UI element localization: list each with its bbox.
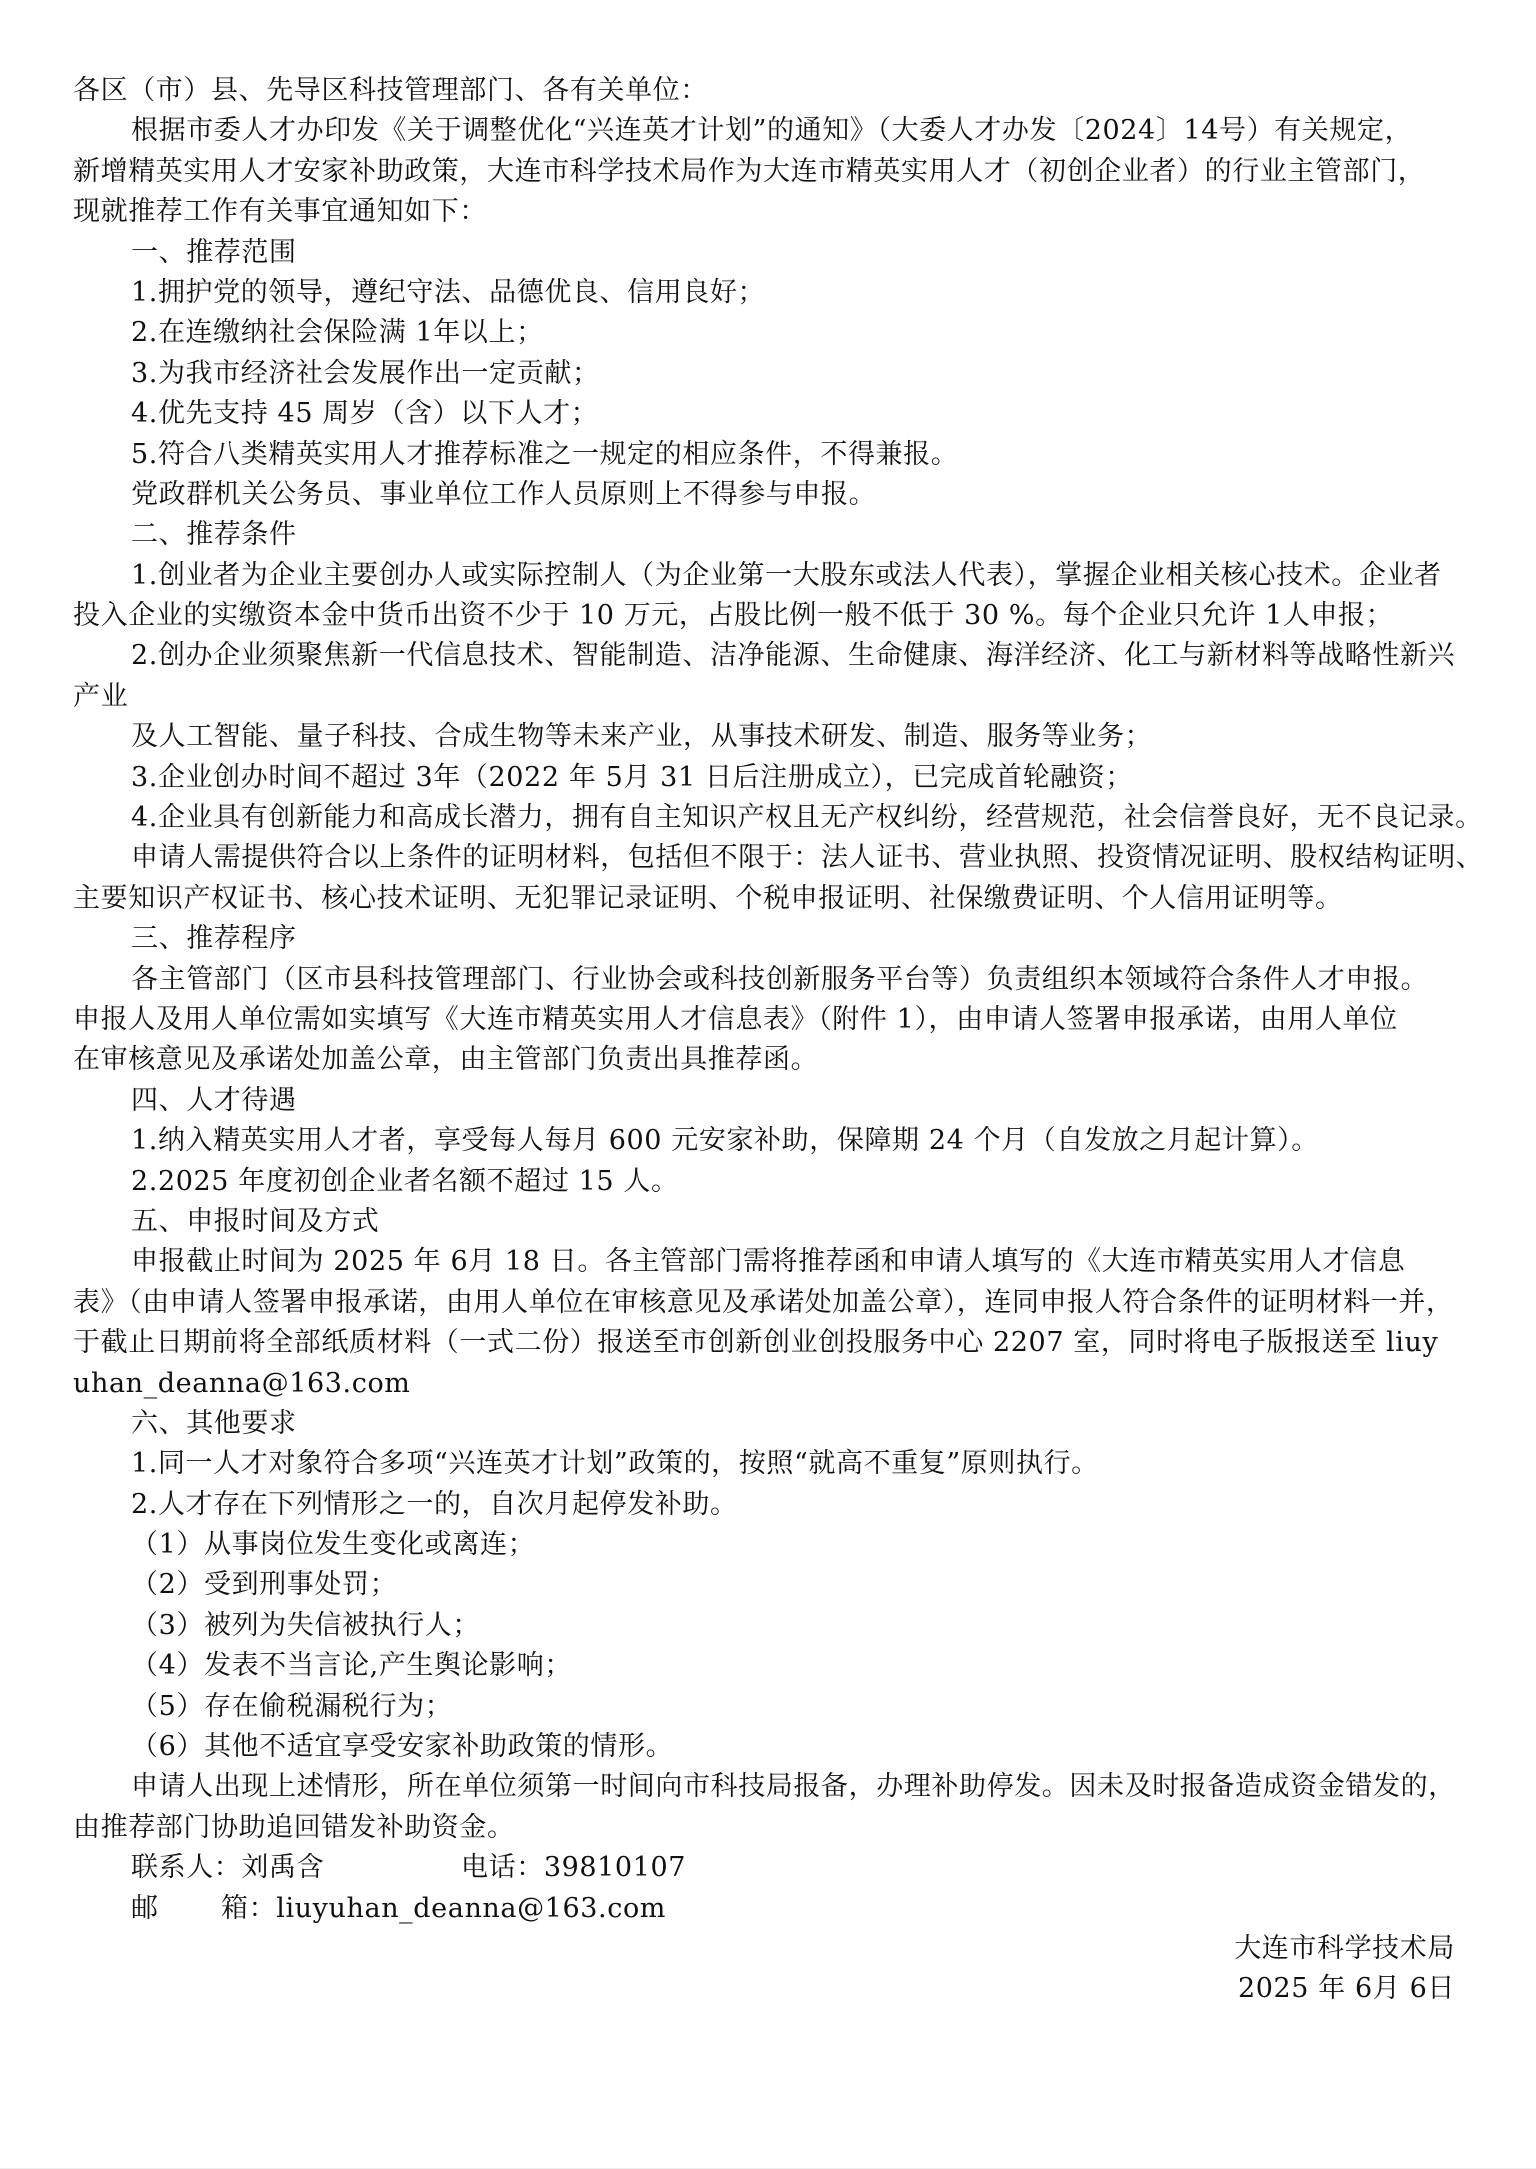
section-heading-benefits: 四、人才待遇 xyxy=(73,1081,1517,1121)
scope-note: 党政群机关公务员、事业单位工作人员原则上不得参与申报。 xyxy=(73,475,1517,515)
deadline-line: 表》（由申请人签署申报承诺，由用人单位在审核意见及承诺处加盖公章），连同申报人符… xyxy=(73,1283,1517,1323)
deadline-line: 于截止日期前将全部纸质材料（一式二份）报送至市创新创业创投服务中心 2207 室… xyxy=(73,1323,1517,1363)
contact-person-name: 刘禹含 xyxy=(241,1852,324,1883)
contact-phone-label: 电话： xyxy=(461,1852,544,1883)
salutation: 各区（市）县、先导区科技管理部门、各有关单位： xyxy=(73,71,1517,111)
section-heading-other: 六、其他要求 xyxy=(73,1404,1517,1444)
signature-date: 2025 年 6月 6日 xyxy=(73,1969,1517,2009)
scope-item: 1.拥护党的领导，遵纪守法、品德优良、信用良好； xyxy=(73,273,1517,313)
other-subitem: （5）存在偷税漏税行为； xyxy=(73,1687,1517,1727)
email-label-part2: 箱： xyxy=(221,1889,276,1929)
intro-line: 新增精英实用人才安家补助政策，大连市科学技术局作为大连市精英实用人才（初创企业者… xyxy=(73,152,1517,192)
benefit-line: 2.2025 年度初创企业者名额不超过 15 人。 xyxy=(73,1162,1517,1202)
other-line: 1.同一人才对象符合多项“兴连英才计划”政策的，按照“就高不重复”原则执行。 xyxy=(73,1444,1517,1484)
condition-line: 2.创办企业须聚焦新一代信息技术、智能制造、洁净能源、生命健康、海洋经济、化工与… xyxy=(73,636,1517,676)
other-line: 2.人才存在下列情形之一的，自次月起停发补助。 xyxy=(73,1485,1517,1525)
scope-item: 3.为我市经济社会发展作出一定贡献； xyxy=(73,354,1517,394)
signature-org: 大连市科学技术局 xyxy=(73,1929,1517,1969)
deadline-line: 申报截止时间为 2025 年 6月 18 日。各主管部门需将推荐函和申请人填写的… xyxy=(73,1242,1517,1282)
section-heading-procedure: 三、推荐程序 xyxy=(73,919,1517,959)
section-heading-conditions: 二、推荐条件 xyxy=(73,515,1517,555)
procedure-line: 在审核意见及承诺处加盖公章，由主管部门负责出具推荐函。 xyxy=(73,1040,1517,1080)
intro-line: 现就推荐工作有关事宜通知如下： xyxy=(73,192,1517,232)
condition-line: 及人工智能、量子科技、合成生物等未来产业，从事技术研发、制造、服务等业务； xyxy=(73,717,1517,757)
email-label-part1: 邮 xyxy=(131,1889,221,1929)
condition-line: 1.创业者为企业主要创办人或实际控制人（为企业第一大股东或法人代表），掌握企业相… xyxy=(73,556,1517,596)
other-subitem: （3）被列为失信被执行人； xyxy=(73,1606,1517,1646)
procedure-line: 各主管部门（区市县科技管理部门、行业协会或科技创新服务平台等）负责组织本领域符合… xyxy=(73,960,1517,1000)
contact-person: 联系人：刘禹含 xyxy=(131,1848,461,1888)
condition-line: 申请人需提供符合以上条件的证明材料，包括但不限于：法人证书、营业执照、投资情况证… xyxy=(73,838,1517,878)
other-subitem: （4）发表不当言论,产生舆论影响； xyxy=(73,1646,1517,1686)
other-subitem: （6）其他不适宜享受安家补助政策的情形。 xyxy=(73,1727,1517,1767)
condition-line: 主要知识产权证书、核心技术证明、无犯罪记录证明、个税申报证明、社保缴费证明、个人… xyxy=(73,879,1517,919)
benefit-line: 1.纳入精英实用人才者，享受每人每月 600 元安家补助，保障期 24 个月（自… xyxy=(73,1121,1517,1161)
condition-line: 投入企业的实缴资本金中货币出资不少于 10 万元，占股比例一般不低于 30 %。… xyxy=(73,596,1517,636)
contact-phone: 电话：39810107 xyxy=(461,1848,686,1888)
scope-item: 4.优先支持 45 周岁（含）以下人才； xyxy=(73,394,1517,434)
scope-item: 2.在连缴纳社会保险满 1年以上； xyxy=(73,313,1517,353)
scope-item: 5.符合八类精英实用人才推荐标准之一规定的相应条件，不得兼报。 xyxy=(73,435,1517,475)
section-heading-scope: 一、推荐范围 xyxy=(73,233,1517,273)
notice-document: 各区（市）县、先导区科技管理部门、各有关单位： 根据市委人才办印发《关于调整优化… xyxy=(73,71,1517,2010)
contact-person-label: 联系人： xyxy=(131,1852,241,1883)
contact-row: 联系人：刘禹含 电话：39810107 xyxy=(73,1848,1517,1888)
email-row: 邮 箱： liuyuhan_deanna@163.com xyxy=(73,1889,1517,1929)
other-subitem: （2）受到刑事处罚； xyxy=(73,1565,1517,1605)
condition-line: 产业 xyxy=(73,677,1517,717)
other-subitem: （1）从事岗位发生变化或离连； xyxy=(73,1525,1517,1565)
condition-line: 4.企业具有创新能力和高成长潜力，拥有自主知识产权且无产权纠纷，经营规范，社会信… xyxy=(73,798,1517,838)
other-line: 由推荐部门协助追回错发补助资金。 xyxy=(73,1808,1517,1848)
condition-line: 3.企业创办时间不超过 3年（2022 年 5月 31 日后注册成立），已完成首… xyxy=(73,758,1517,798)
deadline-email-line: uhan_deanna@163.com xyxy=(73,1364,1517,1404)
section-heading-deadline: 五、申报时间及方式 xyxy=(73,1202,1517,1242)
intro-line: 根据市委人才办印发《关于调整优化“兴连英才计划”的通知》（大委人才办发〔2024… xyxy=(73,111,1517,151)
other-line: 申请人出现上述情形，所在单位须第一时间向市科技局报备，办理补助停发。因未及时报备… xyxy=(73,1767,1517,1807)
contact-phone-number: 39810107 xyxy=(544,1852,686,1883)
procedure-line: 申报人及用人单位需如实填写《大连市精英实用人才信息表》（附件 1），由申请人签署… xyxy=(73,1000,1517,1040)
email-address: liuyuhan_deanna@163.com xyxy=(276,1889,666,1929)
